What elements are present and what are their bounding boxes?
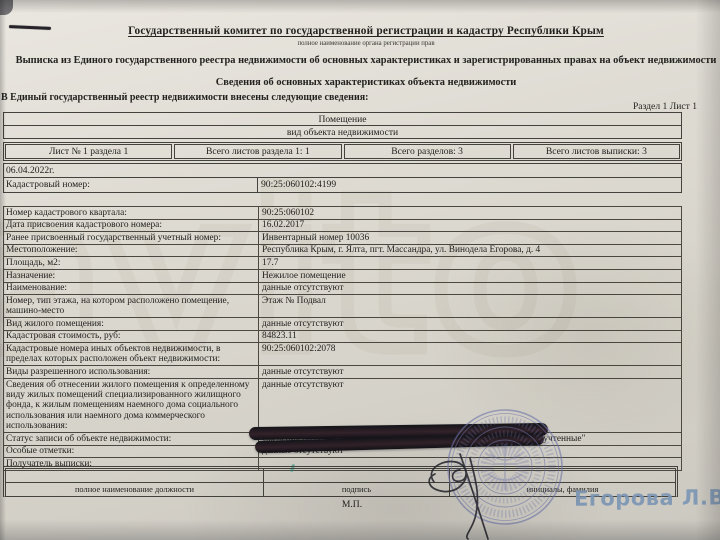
row-label: Ранее присвоенный государственный учетны… xyxy=(4,232,259,244)
row-label: Назначение: xyxy=(4,270,259,282)
sheet-cell: Лист № 1 раздела 1 xyxy=(5,144,172,158)
document-photo: avito Государственный комитет по государ… xyxy=(0,0,720,540)
table-row: Кадастровая стоимость, руб:84823.11 xyxy=(3,330,682,344)
row-label: Статус записи об объекте недвижимости: xyxy=(4,433,259,445)
row-value: Нежилое помещение xyxy=(259,270,681,282)
row-value: 90:25:060102:4199 xyxy=(258,178,681,192)
table-row: Наименование:данные отсутствуют xyxy=(3,282,682,296)
row-label: Номер, тип этажа, на котором расположено… xyxy=(4,295,259,317)
table-row: Номер кадастрового квартала:90:25:060102 xyxy=(3,206,682,220)
row-value: Этаж № Подвал xyxy=(259,295,681,317)
agent-name-overlay: Егорова Л.В. xyxy=(574,485,720,510)
row-value: данные отсутствуют xyxy=(259,318,681,330)
doc-title: Выписка из Единого государственного реес… xyxy=(12,55,720,66)
table-row: Вид жилого помещения:данные отсутствуют xyxy=(3,317,682,331)
row-label: Кадастровая стоимость, руб: xyxy=(4,331,259,343)
table-row: Площадь, м2:17.7 xyxy=(3,256,682,270)
date-row: 06.04.2022г. xyxy=(3,163,682,178)
row-value: 90:25:060102 xyxy=(259,207,681,219)
table-row: Дата присвоения кадастрового номера:16.0… xyxy=(3,219,682,233)
row-value: Республика Крым, г. Ялта, пгт. Массандра… xyxy=(259,245,681,257)
doc-subtitle: Сведения об основных характеристиках объ… xyxy=(12,77,720,88)
footer-position-caption: полное наименование должности xyxy=(6,483,264,496)
row-label: Площадь, м2: xyxy=(4,257,259,269)
row-label: Наименование: xyxy=(4,283,259,295)
row-value: 17.7 xyxy=(259,257,681,269)
row-value: Инвентарный номер 10036 xyxy=(259,232,681,244)
stamp-place-label: М.П. xyxy=(312,499,392,510)
row-label: Особые отметки: xyxy=(4,446,259,458)
sheet-cell: Всего разделов: 3 xyxy=(344,144,511,158)
row-label: Виды разрешенного использования: xyxy=(4,366,259,378)
table-row: Ранее присвоенный государственный учетны… xyxy=(3,231,682,245)
row-value: 84823.11 xyxy=(259,331,681,343)
row-value: данные отсутствуют xyxy=(259,283,681,295)
row-label: Сведения об отнесении жилого помещения к… xyxy=(4,379,259,432)
object-type-caption-cell: вид объекта недвижимости xyxy=(3,125,682,139)
row-label: Кадастровые номера иных объектов недвижи… xyxy=(4,343,259,365)
row-label: Местоположение: xyxy=(4,245,259,257)
row-label: Кадастровый номер: xyxy=(4,178,258,192)
row-value: данные отсутствуют xyxy=(259,366,681,378)
object-type-cell: Помещение xyxy=(3,112,682,126)
header-org-name: Государственный комитет по государственн… xyxy=(12,25,720,37)
sheet-cell: Всего листов раздела 1: 1 xyxy=(174,144,341,158)
header-org-caption: полное наименование органа регистрации п… xyxy=(12,40,720,47)
row-label: Номер кадастрового квартала: xyxy=(4,207,259,219)
corner-shadow xyxy=(0,0,13,15)
row-label: Дата присвоения кадастрового номера: xyxy=(4,220,259,232)
header-org-name-text: Государственный комитет по государственн… xyxy=(128,25,604,37)
table-row: Виды разрешенного использования:данные о… xyxy=(3,365,682,379)
footer-cell-empty xyxy=(6,469,264,482)
cadastral-number-row: Кадастровый номер: 90:25:060102:4199 xyxy=(3,177,682,193)
sheet-info-row: Лист № 1 раздела 1 Всего листов раздела … xyxy=(3,142,682,160)
row-value: 16.02.2017 xyxy=(259,220,681,232)
table-row: Назначение:Нежилое помещение xyxy=(3,269,682,283)
handwritten-signature xyxy=(420,448,540,540)
section-sheet-label: Раздел 1 Лист 1 xyxy=(540,101,697,112)
row-label: Вид жилого помещения: xyxy=(4,318,259,330)
object-header-table: Помещение вид объекта недвижимости Лист … xyxy=(3,113,682,193)
row-value: 90:25:060102:2078 xyxy=(259,343,681,365)
table-row: Номер, тип этажа, на котором расположено… xyxy=(3,294,682,318)
table-row: Кадастровые номера иных объектов недвижи… xyxy=(3,342,682,366)
intro-line: В Единый государственный реестр недвижим… xyxy=(1,92,368,103)
table-row: Местоположение:Республика Крым, г. Ялта,… xyxy=(3,244,682,258)
sheet-cell: Всего листов выписки: 3 xyxy=(513,144,680,158)
